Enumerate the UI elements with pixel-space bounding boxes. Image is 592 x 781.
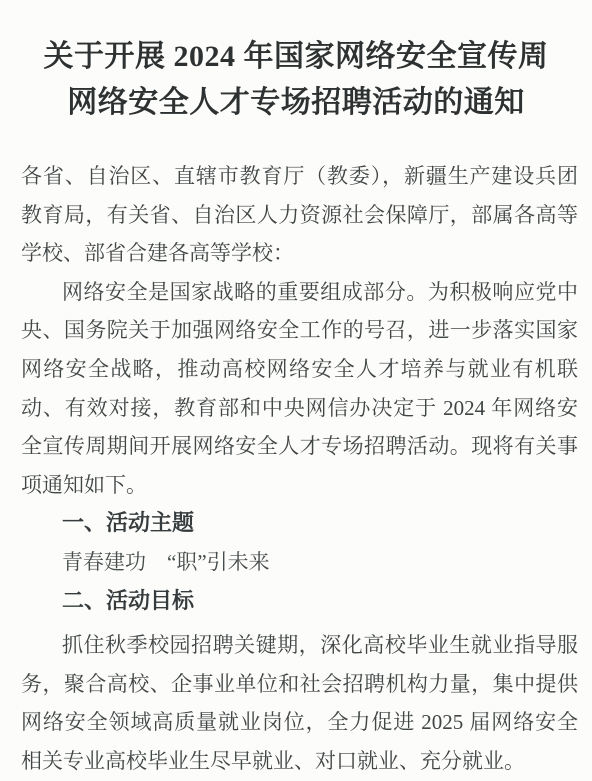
document-title: 关于开展 2024 年国家网络安全宣传周 网络安全人才专场招聘活动的通知	[0, 0, 592, 126]
document-title-line-1: 关于开展 2024 年国家网络安全宣传周	[0, 34, 592, 80]
paragraph-line: 网络安全领域高质量就业岗位，全力促进 2025 届网络安全	[21, 703, 578, 742]
paragraph-line: 央、国务院关于加强网络安全工作的号召，进一步落实国家	[21, 311, 578, 350]
paragraph-line: 动、有效对接，教育部和中央网信办决定于 2024 年网络安	[21, 389, 578, 428]
document-title-line-2: 网络安全人才专场招聘活动的通知	[0, 80, 592, 126]
paragraph-line: 全宣传周期间开展网络安全人才专场招聘活动。现将有关事	[21, 427, 578, 466]
paragraph-line: 相关专业高校毕业生尽早就业、对口就业、充分就业。	[21, 742, 578, 781]
paragraph-line: 务，聚合高校、企事业单位和社会招聘机构力量，集中提供	[21, 665, 578, 704]
addressee-line: 各省、自治区、直辖市教育厅（教委），新疆生产建设兵团	[21, 157, 578, 196]
section-heading-1: 一、活动主题	[21, 504, 578, 543]
document-body: 各省、自治区、直辖市教育厅（教委），新疆生产建设兵团 教育局，有关省、自治区人力…	[21, 157, 578, 781]
paragraph-line: 网络安全战略，推动高校网络安全人才培养与就业有机联	[21, 350, 578, 389]
activity-theme-line: 青春建功 “职”引未来	[21, 543, 578, 582]
paragraph-line: 项通知如下。	[21, 466, 578, 505]
paragraph-line: 抓住秋季校园招聘关键期，深化高校毕业生就业指导服	[21, 626, 578, 665]
scanned-notice-page: 关于开展 2024 年国家网络安全宣传周 网络安全人才专场招聘活动的通知 各省、…	[0, 0, 592, 781]
section-heading-2: 二、活动目标	[21, 582, 578, 621]
paragraph-line: 网络安全是国家战略的重要组成部分。为积极响应党中	[21, 273, 578, 312]
addressee-line: 教育局，有关省、自治区人力资源社会保障厅，部属各高等	[21, 196, 578, 235]
addressee-line: 学校、部省合建各高等学校：	[21, 234, 578, 273]
